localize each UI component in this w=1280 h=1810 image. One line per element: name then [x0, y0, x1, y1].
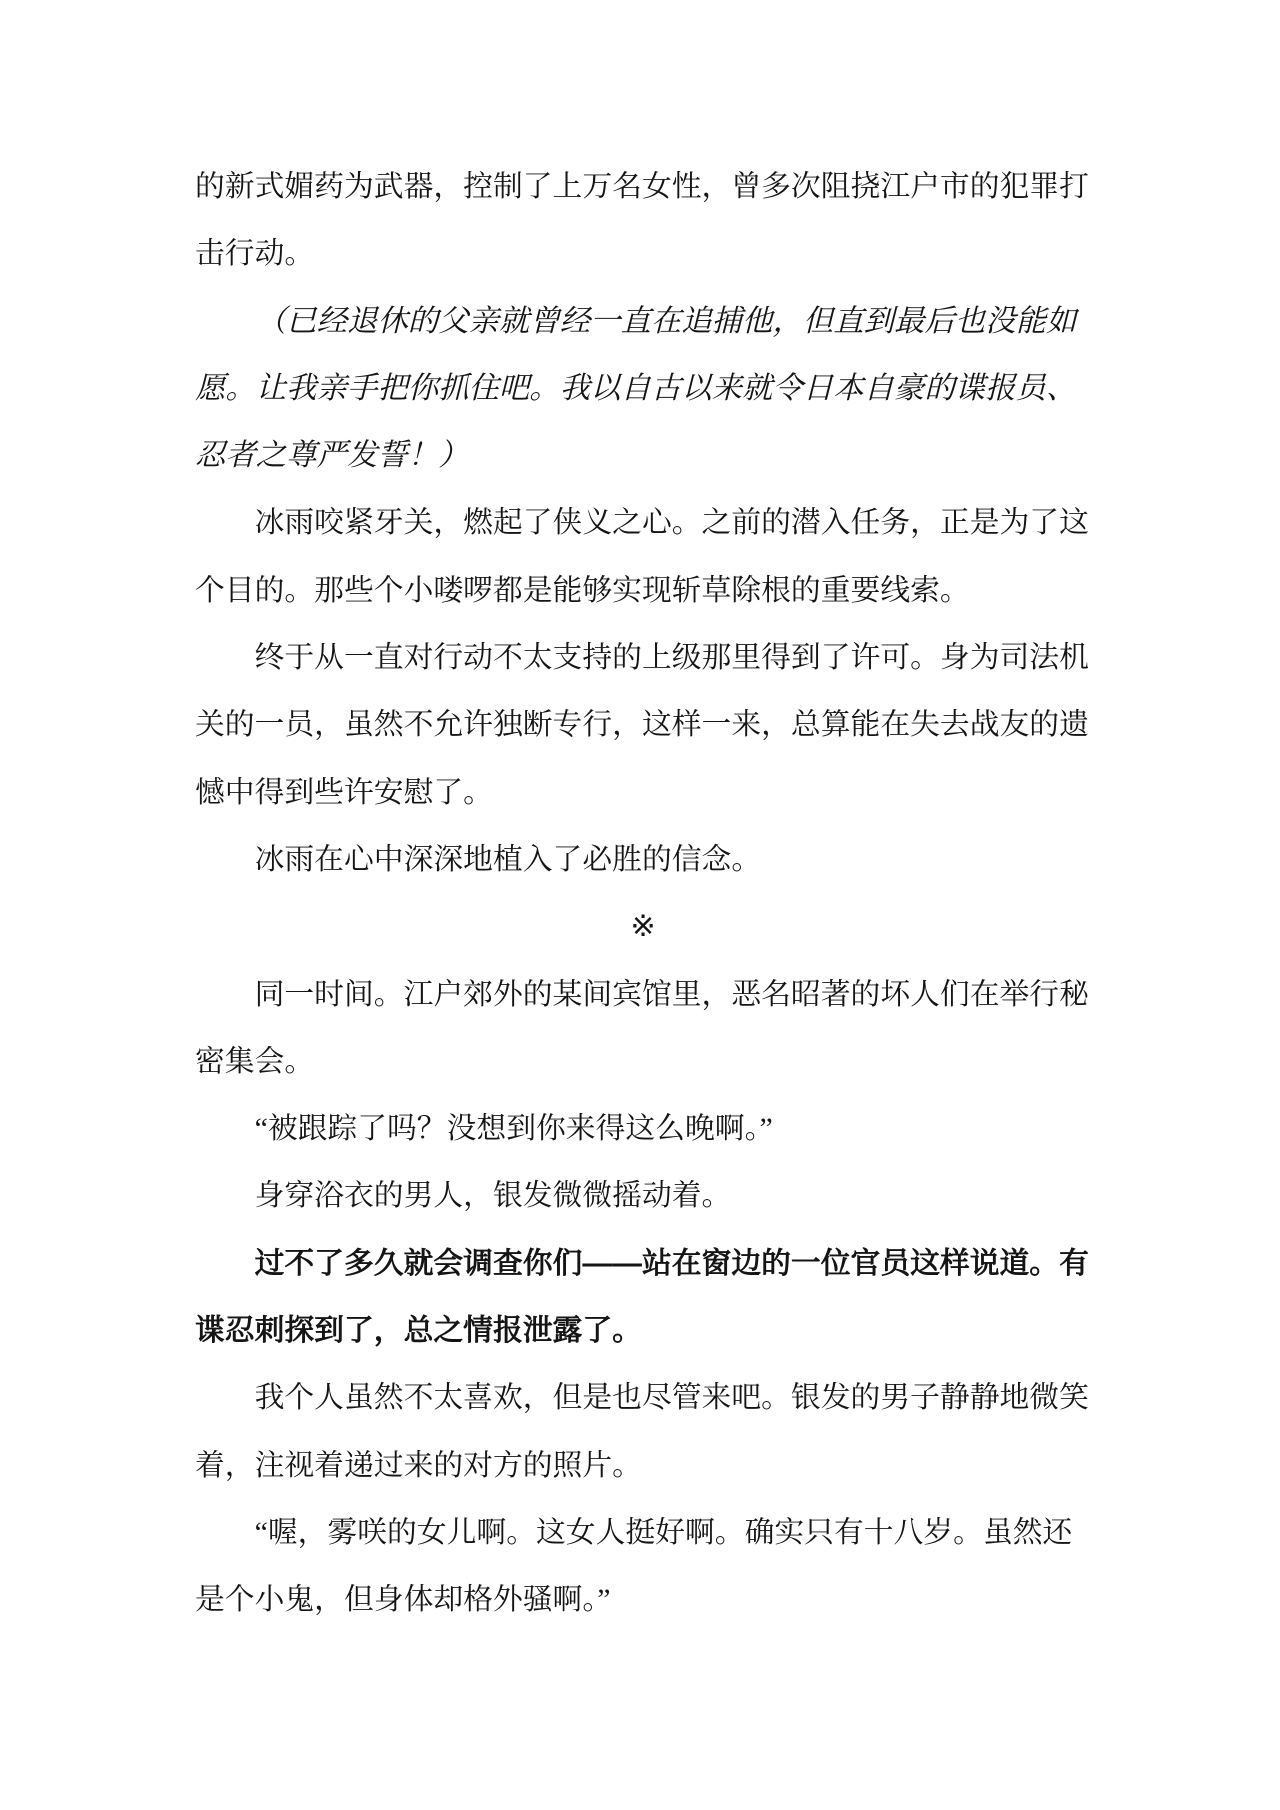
paragraph: 终于从一直对行动不太支持的上级那里得到了许可。身为司法机关的一员，虽然不允许独断…: [195, 624, 1091, 826]
section-divider-symbol: ※: [195, 893, 1091, 960]
text-block: 的新式媚药为武器，控制了上万名女性，曾多次阻挠江户市的犯罪打击行动。 （已经退休…: [195, 153, 1091, 1634]
paragraph-continuation: 的新式媚药为武器，控制了上万名女性，曾多次阻挠江户市的犯罪打击行动。: [195, 153, 1091, 288]
paragraph: 身穿浴衣的男人，银发微微摇动着。: [195, 1162, 1091, 1229]
paragraph: 冰雨咬紧牙关，燃起了侠义之心。之前的潜入任务，正是为了这个目的。那些个小喽啰都是…: [195, 489, 1091, 624]
paragraph-aside-kaiti: （已经退休的父亲就曾经一直在追捕他，但直到最后也没能如愿。让我亲手把你抓住吧。我…: [195, 288, 1091, 490]
paragraph: 冰雨在心中深深地植入了必胜的信念。: [195, 826, 1091, 893]
paragraph: 同一时间。江户郊外的某间宾馆里，恶名昭著的坏人们在举行秘密集会。: [195, 961, 1091, 1096]
paragraph-dialogue: “被跟踪了吗？没想到你来得这么晚啊。”: [195, 1095, 1091, 1162]
page: 的新式媚药为武器，控制了上万名女性，曾多次阻挠江户市的犯罪打击行动。 （已经退休…: [0, 0, 1280, 1810]
paragraph-bold-emphasis: 过不了多久就会调查你们——站在窗边的一位官员这样说道。有谍忍刺探到了，总之情报泄…: [195, 1230, 1091, 1365]
paragraph: 我个人虽然不太喜欢，但是也尽管来吧。银发的男子静静地微笑着，注视着递过来的对方的…: [195, 1364, 1091, 1499]
paragraph-dialogue: “喔，雾咲的女儿啊。这女人挺好啊。确实只有十八岁。虽然还是个小鬼，但身体却格外骚…: [195, 1499, 1091, 1634]
